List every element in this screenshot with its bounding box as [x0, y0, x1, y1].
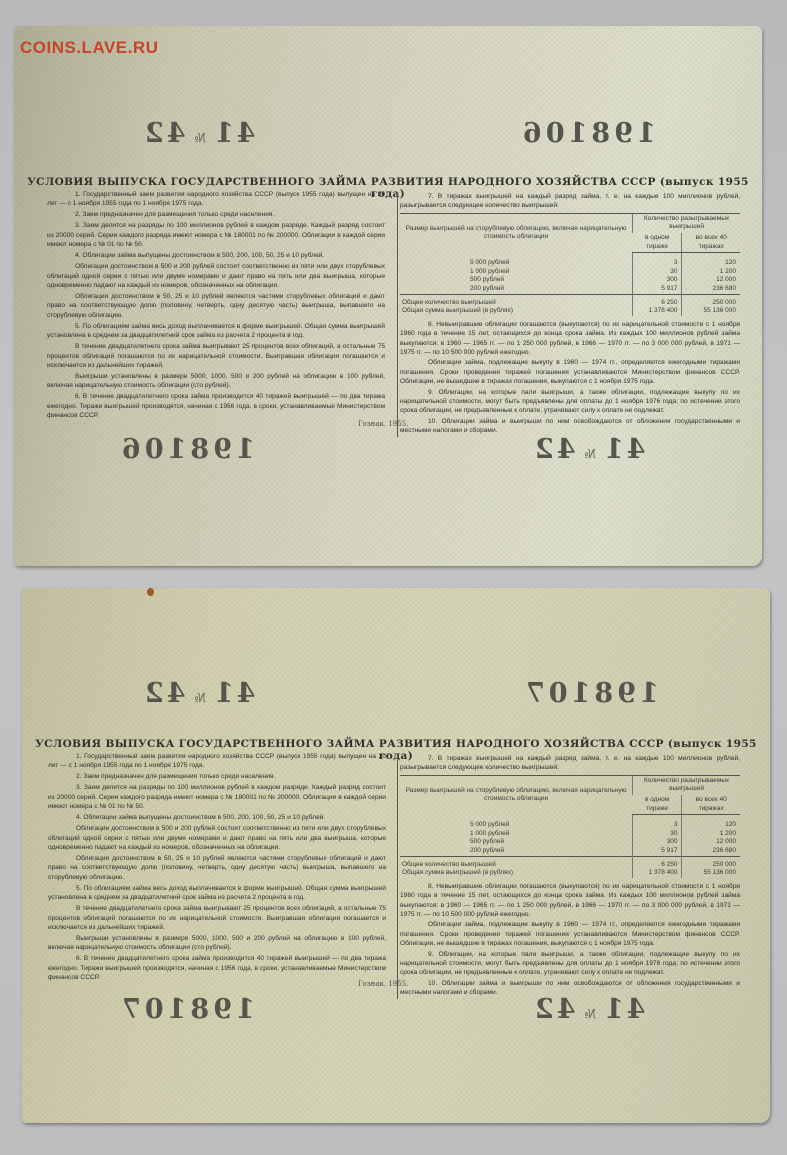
serial-number-top: 198106: [519, 118, 656, 149]
column-divider: [397, 754, 398, 999]
serial-number-bottom: 198106: [118, 434, 255, 465]
site-watermark: COINS.LAVE.RU: [20, 38, 158, 58]
header-prize-count: Количество разыгрываемых выигрышей: [633, 213, 740, 233]
clause-paragraph: Облигации займа, подлежащие выкупу в 196…: [400, 920, 740, 948]
clause-paragraph: 1. Государственный заем развития народно…: [47, 190, 385, 209]
header-prize-size: Размер выигрышей на сторублевую облигаци…: [400, 213, 633, 252]
clause-paragraph: 6. В течение двадцатилетнего срока займа…: [47, 392, 385, 420]
prize-row: 5 000 рублей3120: [400, 259, 740, 268]
header-one-draw: в одном тираже: [633, 795, 682, 815]
paper-stain: [147, 588, 154, 596]
clause-paragraph: 6. В течение двадцатилетнего срока займа…: [48, 954, 386, 982]
bond-reverse-1: 41№42 198106 УСЛОВИЯ ВЫПУСКА ГОСУДАРСТВЕ…: [14, 26, 762, 566]
clause-paragraph: 8. Невыигравшие облигации погашаются (вы…: [400, 320, 740, 358]
clause-paragraph: Облигации займа, подлежащие выкупу в 196…: [400, 358, 740, 386]
clause-paragraph: 1. Государственный заем развития народно…: [48, 752, 386, 771]
prize-row: 1 000 рублей301 200: [400, 830, 740, 839]
clause-paragraph: 3. Заем делится на разряды по 100 миллио…: [48, 783, 386, 811]
prize-table: Размер выигрышей на сторублевую облигаци…: [400, 775, 740, 878]
clause-paragraph: 9. Облигации, на которые пали выигрыши, …: [400, 388, 740, 416]
clause-paragraph: 10. Облигации займа и выигрыши по ним ос…: [400, 417, 740, 436]
clause-paragraph: Выигрыши установлены в размере 5000, 100…: [47, 372, 385, 391]
clause-paragraph: 8. Невыигравшие облигации погашаются (вы…: [400, 882, 740, 920]
clause-paragraph: 5. По облигациям займа весь доход выплач…: [47, 322, 385, 341]
prize-total-row: Общее количество выигрышей6 250250 000: [400, 299, 740, 308]
clause-paragraph: Облигации достоинством в 500 и 200 рубле…: [47, 262, 385, 290]
clause-7-intro: 7. В тиражах выигрышей на каждый разряд …: [400, 754, 740, 773]
clause-paragraph: 4. Облигации займа выпущены достоинством…: [47, 251, 385, 260]
clause-paragraph: 5. По облигациям займа весь доход выплач…: [48, 884, 386, 903]
prize-row: 5 000 рублей3120: [400, 821, 740, 830]
clause-7-intro: 7. В тиражах выигрышей на каждый разряд …: [400, 192, 740, 211]
prize-total-row: Общее количество выигрышей6 250250 000: [400, 861, 740, 870]
serial-number-top: 198107: [522, 678, 659, 709]
header-prize-count: Количество разыгрываемых выигрышей: [633, 775, 740, 795]
header-all-draws: во всех 40 тиражах: [682, 795, 740, 815]
prize-row: 200 рублей5 917236 680: [400, 847, 740, 856]
conditions-right-column: 7. В тиражах выигрышей на каждый разряд …: [400, 754, 740, 999]
header-prize-size: Размер выигрышей на сторублевую облигаци…: [400, 775, 633, 814]
header-all-draws: во всех 40 тиражах: [682, 233, 740, 253]
conditions-right-column: 7. В тиражах выигрышей на каждый разряд …: [400, 192, 740, 437]
clause-paragraph: 4. Облигации займа выпущены достоинством…: [48, 813, 386, 822]
conditions-left-column: 1. Государственный заем развития народно…: [47, 190, 385, 422]
clause-paragraph: В течение двадцатилетнего срока займа вы…: [47, 342, 385, 370]
prize-row: 1 000 рублей301 200: [400, 268, 740, 277]
clause-paragraph: Выигрыши установлены в размере 5000, 100…: [48, 934, 386, 953]
bond-reverse-2: 41№42 198107 УСЛОВИЯ ВЫПУСКА ГОСУДАРСТВЕ…: [22, 588, 770, 1123]
clause-paragraph: В течение двадцатилетнего срока займа вы…: [48, 904, 386, 932]
column-divider: [397, 192, 398, 437]
series-number-top: 41№42: [142, 678, 256, 709]
clause-paragraph: Облигации достоинством в 500 и 200 рубле…: [48, 824, 386, 852]
prize-row: 500 рублей30012 000: [400, 276, 740, 285]
clause-paragraph: 2. Заем предназначен для размещения толь…: [48, 772, 386, 781]
series-number-top: 41№42: [142, 118, 256, 149]
clause-paragraph: 3. Заем делится на разряды по 100 миллио…: [47, 221, 385, 249]
printer-imprint: Гознак. 1955.: [358, 980, 408, 988]
series-number-bottom: 41№42: [532, 434, 646, 465]
clause-paragraph: Облигации достоинством в 50, 25 и 10 руб…: [47, 292, 385, 320]
header-one-draw: в одном тираже: [633, 233, 682, 253]
conditions-left-column: 1. Государственный заем развития народно…: [48, 752, 386, 984]
prize-row: 500 рублей30012 000: [400, 838, 740, 847]
serial-number-bottom: 198107: [118, 994, 255, 1025]
printer-imprint: Гознак. 1955.: [358, 420, 408, 428]
clause-paragraph: 9. Облигации, на которые пали выигрыши, …: [400, 950, 740, 978]
prize-row: 200 рублей5 917236 680: [400, 285, 740, 294]
prize-table: Размер выигрышей на сторублевую облигаци…: [400, 213, 740, 316]
series-number-bottom: 41№42: [532, 994, 646, 1025]
clause-paragraph: 2. Заем предназначен для размещения толь…: [47, 210, 385, 219]
clause-paragraph: Облигации достоинством в 50, 25 и 10 руб…: [48, 854, 386, 882]
prize-total-row: Общая сумма выигрышей (в рублях)1 378 40…: [400, 869, 740, 878]
prize-total-row: Общая сумма выигрышей (в рублях)1 378 40…: [400, 307, 740, 316]
